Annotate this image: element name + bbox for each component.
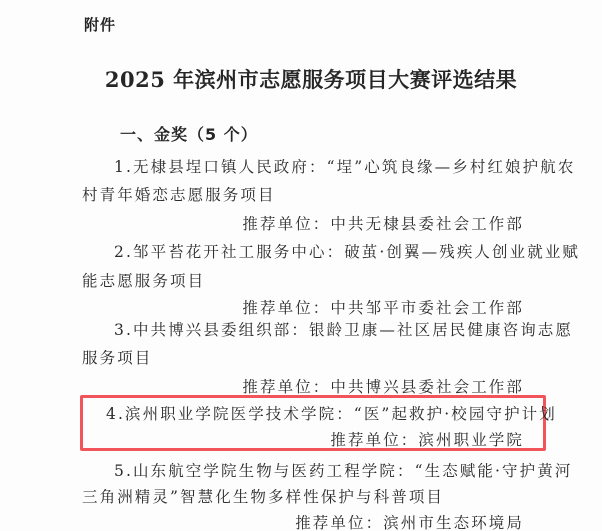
- award-item-1-line2: 村青年婚恋志愿服务项目: [82, 183, 276, 205]
- award-item-2-line1: 2.邹平苔花开社工服务中心：破茧·创翼—残疾人创业就业赋: [114, 240, 580, 262]
- document-title: 2025 年滨州市志愿服务项目大赛评选结果: [0, 64, 602, 94]
- award-item-1-recommender: 推荐单位：中共无棣县委社会工作部: [242, 212, 524, 234]
- document-page: 附件 2025 年滨州市志愿服务项目大赛评选结果 一、金奖（5 个） 1.无棣县…: [0, 0, 602, 531]
- award-item-1-line1: 1.无棣县埕口镇人民政府：“埕”心筑良缘—乡村红娘护航农: [114, 155, 575, 177]
- attachment-label: 附件: [84, 14, 116, 35]
- award-item-2-recommender: 推荐单位：中共邹平市委社会工作部: [242, 296, 524, 318]
- award-item-3-line2: 服务项目: [82, 346, 152, 368]
- award-item-5-line1: 5.山东航空学院生物与医药工程学院：“生态赋能·守护黄河: [114, 459, 572, 481]
- section-heading-gold-award: 一、金奖（5 个）: [120, 122, 258, 145]
- award-item-4-recommender: 推荐单位：滨州职业学院: [330, 428, 524, 450]
- award-item-5-line2: 三角洲精灵”智慧化生物多样性保护与科普项目: [82, 485, 444, 507]
- award-item-5-recommender: 推荐单位：滨州市生态环境局: [295, 511, 524, 531]
- award-item-2-line2: 能志愿服务项目: [82, 269, 205, 291]
- award-item-3-recommender: 推荐单位：中共博兴县委社会工作部: [242, 375, 524, 397]
- award-item-3-line1: 3.中共博兴县委组织部：银龄卫康—社区居民健康咨询志愿: [114, 318, 573, 340]
- award-item-4-line1: 4.滨州职业学院医学技术学院：“医”起救护·校园守护计划: [106, 402, 557, 424]
